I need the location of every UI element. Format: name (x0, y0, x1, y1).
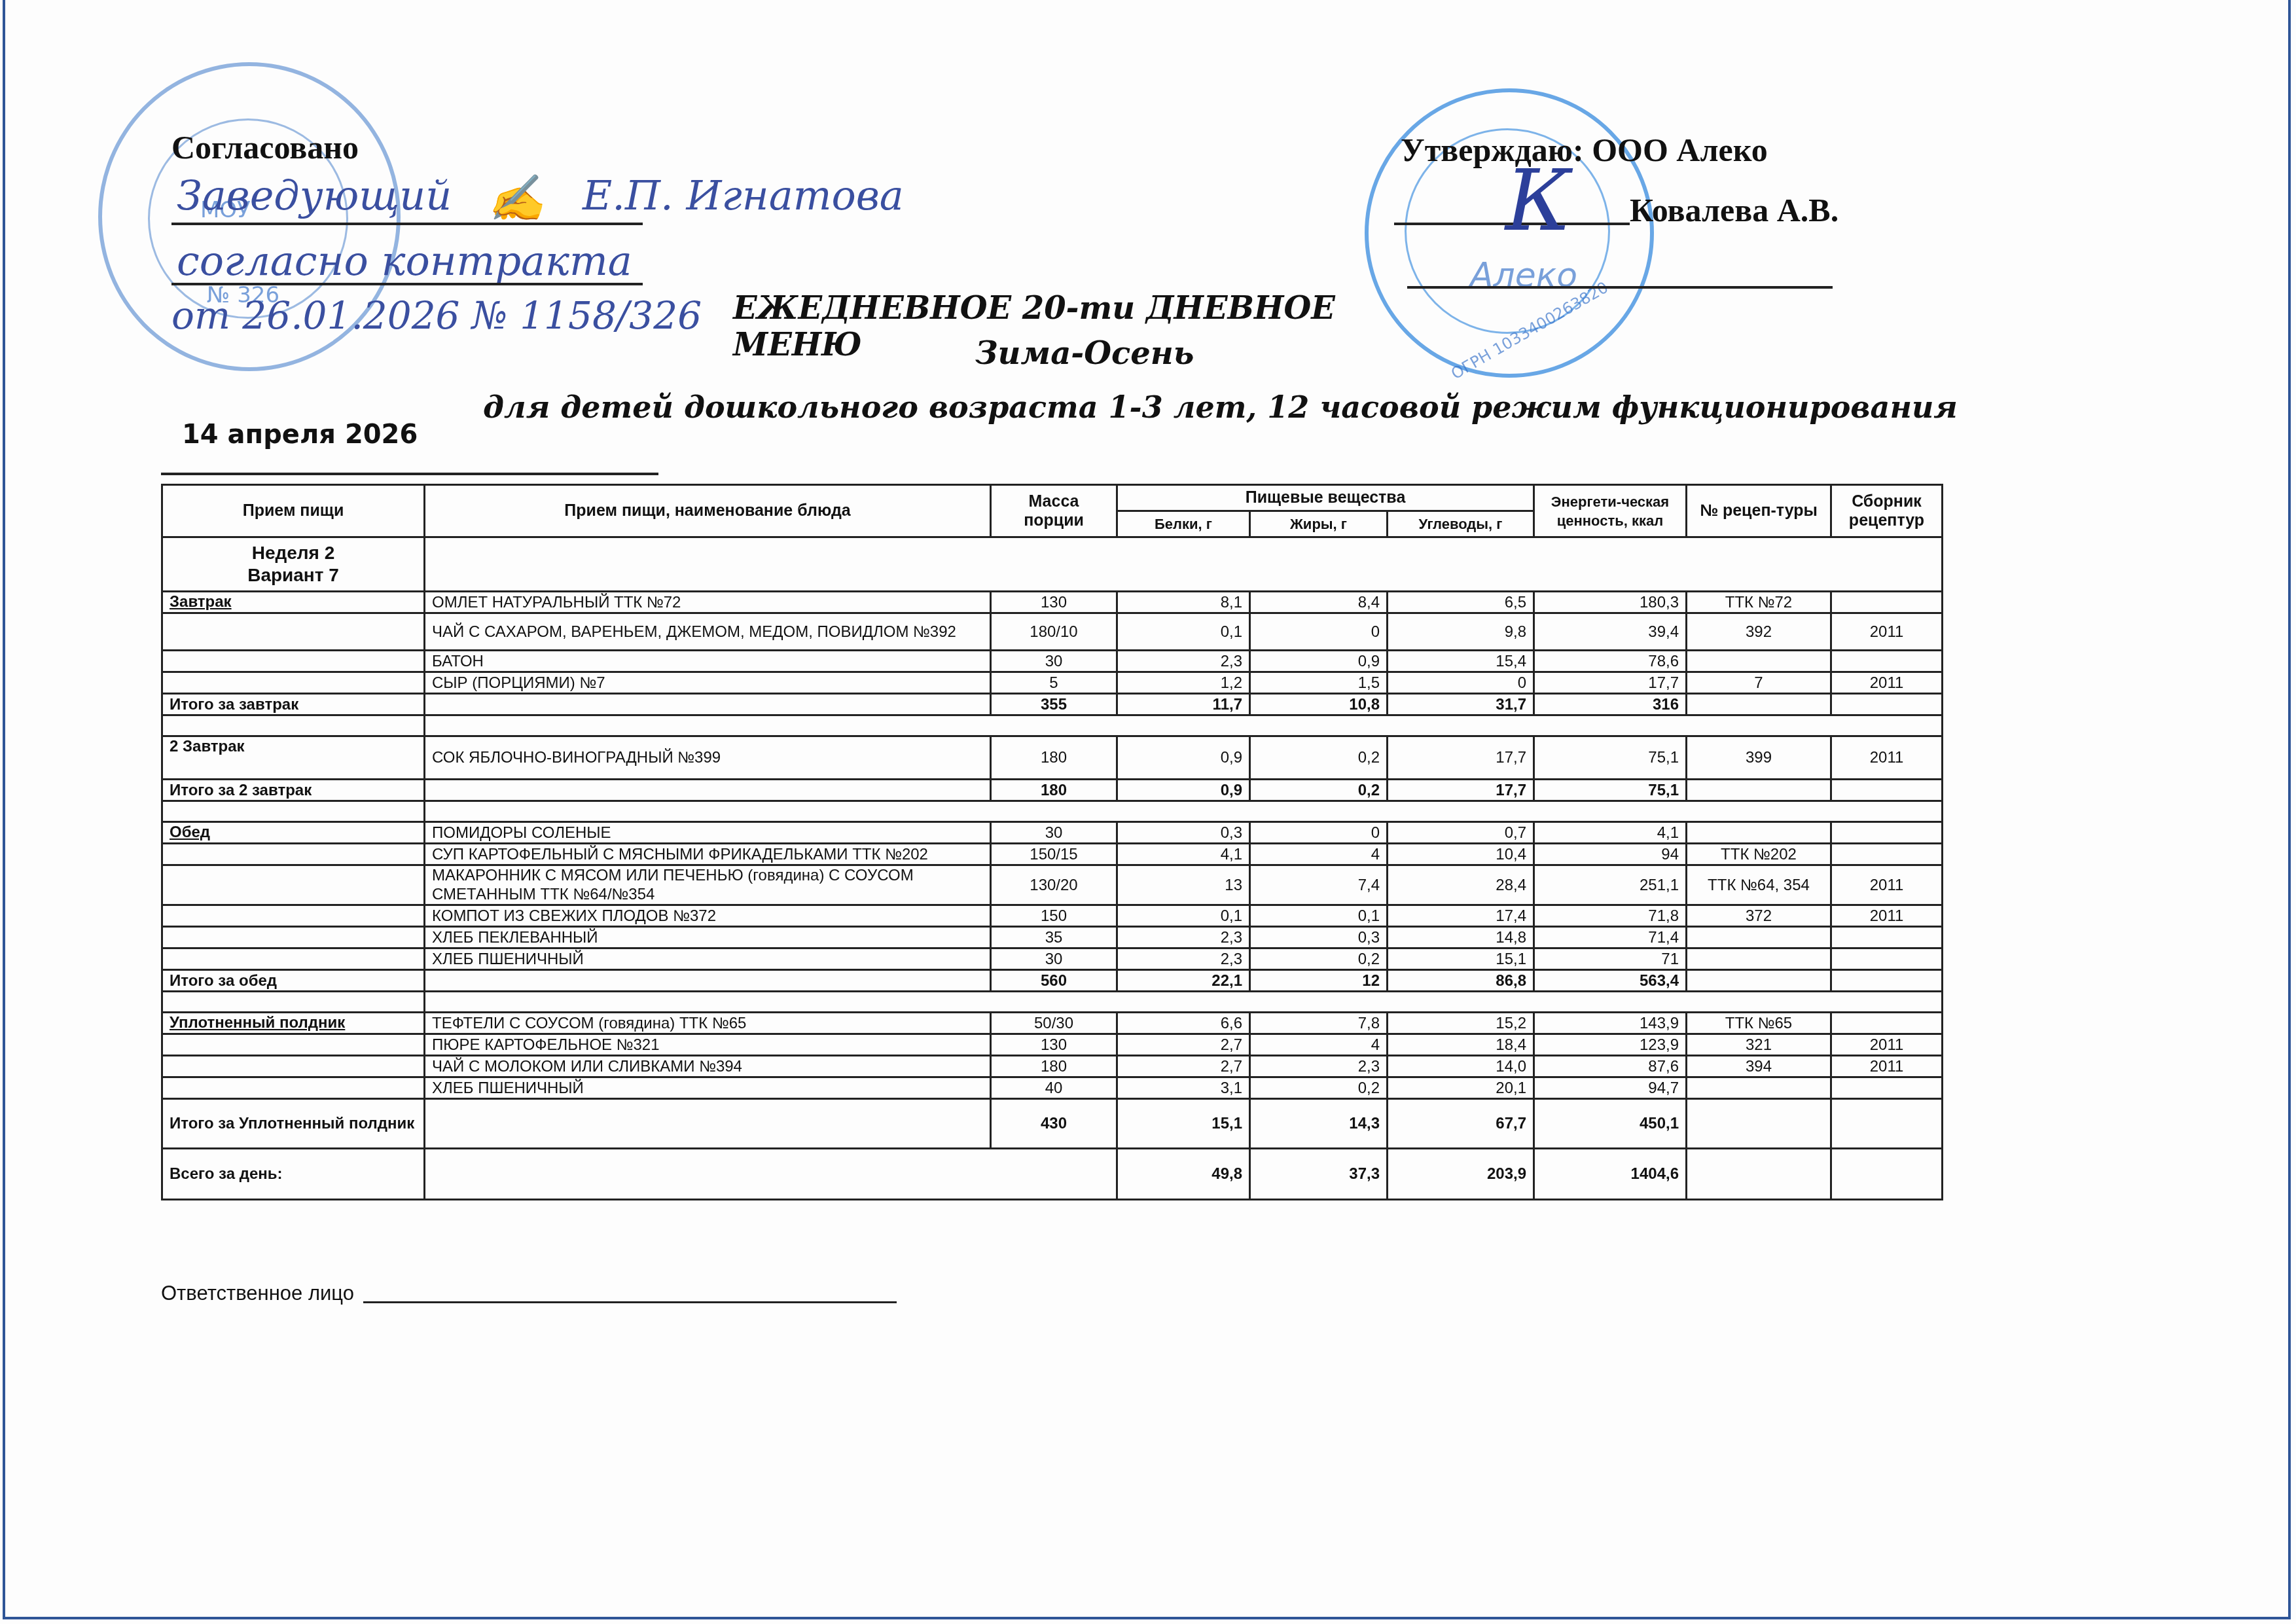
fat-value: 0 (1250, 822, 1388, 844)
dish-row: ОбедПОМИДОРЫ СОЛЕНЫЕ300,300,74,1 (162, 822, 1943, 844)
recipe-collection (1831, 1013, 1943, 1034)
dish-name: ХЛЕБ ПШЕНИЧНЫЙ (425, 1077, 991, 1099)
signature-mark: ✍ (488, 171, 545, 226)
carbs-value: 31,7 (1388, 694, 1534, 715)
dish-row: СУП КАРТОФЕЛЬНЫЙ С МЯСНЫМИ ФРИКАДЕЛЬКАМИ… (162, 844, 1943, 865)
approver-signature: К (1505, 151, 1571, 250)
fat-value: 0,3 (1250, 927, 1388, 948)
fat-value: 4 (1250, 844, 1388, 865)
portion-mass: 150/15 (991, 844, 1117, 865)
recipe-number (1687, 970, 1831, 992)
fat-value: 1,5 (1250, 672, 1388, 694)
dish-row: ЗавтракОМЛЕТ НАТУРАЛЬНЫЙ ТТК №721308,18,… (162, 592, 1943, 613)
meal-cell: Завтрак (162, 592, 425, 613)
carbs-value: 6,5 (1388, 592, 1534, 613)
recipe-collection (1831, 822, 1943, 844)
portion-mass: 180 (991, 780, 1117, 801)
dish-name: СУП КАРТОФЕЛЬНЫЙ С МЯСНЫМИ ФРИКАДЕЛЬКАМИ… (425, 844, 991, 865)
fat-value: 0,2 (1250, 736, 1388, 780)
portion-mass: 130 (991, 592, 1117, 613)
day-total-label: Всего за день: (162, 1149, 425, 1200)
carbs-value: 67,7 (1388, 1099, 1534, 1149)
recipe-collection: 2011 (1831, 905, 1943, 927)
portion-mass: 30 (991, 822, 1117, 844)
portion-mass: 560 (991, 970, 1117, 992)
protein-value: 0,3 (1117, 822, 1250, 844)
portion-mass: 180 (991, 1056, 1117, 1077)
recipe-number: ТТК №72 (1687, 592, 1831, 613)
energy-value: 75,1 (1534, 736, 1687, 780)
week-label: Неделя 2 (170, 542, 417, 564)
dish-row: СЫР (ПОРЦИЯМИ) №751,21,5017,772011 (162, 672, 1943, 694)
energy-value: 316 (1534, 694, 1687, 715)
dish-name: БАТОН (425, 651, 991, 672)
recipe-collection (1831, 970, 1943, 992)
carbs-value: 9,8 (1388, 613, 1534, 651)
dish-row: ХЛЕБ ПШЕНИЧНЫЙ403,10,220,194,7 (162, 1077, 1943, 1099)
fat-value: 0,2 (1250, 948, 1388, 970)
recipe-number (1687, 1099, 1831, 1149)
recipe-collection: 2011 (1831, 1056, 1943, 1077)
recipe-collection (1831, 1099, 1943, 1149)
portion-mass: 30 (991, 651, 1117, 672)
dish-name (425, 1099, 991, 1149)
protein-value: 0,1 (1117, 613, 1250, 651)
protein-value: 2,3 (1117, 927, 1250, 948)
carbs-value: 18,4 (1388, 1034, 1534, 1056)
day-total-empty (425, 1149, 1117, 1200)
dish-name: МАКАРОННИК С МЯСОМ ИЛИ ПЕЧЕНЬЮ (говядина… (425, 865, 991, 905)
recipe-number: ТТК №64, 354 (1687, 865, 1831, 905)
carbs-value: 14,8 (1388, 927, 1534, 948)
handwritten-contract: согласно контракта (177, 237, 632, 285)
col-energy: Энергети-ческая ценность, ккал (1534, 485, 1687, 537)
energy-value: 180,3 (1534, 592, 1687, 613)
recipe-collection: 2011 (1831, 613, 1943, 651)
meal-cell: Обед (162, 822, 425, 844)
protein-value: 11,7 (1117, 694, 1250, 715)
fat-value: 0,2 (1250, 1077, 1388, 1099)
spacer-cell (425, 992, 1943, 1013)
variant-label: Вариант 7 (170, 564, 417, 586)
meal-cell: 2 Завтрак (162, 736, 425, 780)
carbs-value: 17,7 (1388, 736, 1534, 780)
col-nutrients: Пищевые вещества (1117, 485, 1534, 511)
protein-value: 13 (1117, 865, 1250, 905)
day-total-collection (1831, 1149, 1943, 1200)
meal-cell: Уплотненный полдник (162, 1013, 425, 1034)
energy-value: 450,1 (1534, 1099, 1687, 1149)
dish-row: ХЛЕБ ПШЕНИЧНЫЙ302,30,215,171 (162, 948, 1943, 970)
recipe-collection (1831, 927, 1943, 948)
spacer-cell (425, 801, 1943, 822)
meal-cell (162, 1034, 425, 1056)
meal-cell (162, 948, 425, 970)
portion-mass: 130 (991, 1034, 1117, 1056)
dish-name: СОК ЯБЛОЧНО-ВИНОГРАДНЫЙ №399 (425, 736, 991, 780)
portion-mass: 35 (991, 927, 1117, 948)
dish-row: Уплотненный полдникТЕФТЕЛИ С СОУСОМ (гов… (162, 1013, 1943, 1034)
recipe-number (1687, 948, 1831, 970)
fat-value: 14,3 (1250, 1099, 1388, 1149)
recipe-number: ТТК №65 (1687, 1013, 1831, 1034)
spacer-row (162, 992, 1943, 1013)
menu-body: Неделя 2 Вариант 7 ЗавтракОМЛЕТ НАТУРАЛЬ… (162, 537, 1943, 1200)
energy-value: 123,9 (1534, 1034, 1687, 1056)
dish-row: КОМПОТ ИЗ СВЕЖИХ ПЛОДОВ №3721500,10,117,… (162, 905, 1943, 927)
dish-name: СЫР (ПОРЦИЯМИ) №7 (425, 672, 991, 694)
recipe-number (1687, 822, 1831, 844)
protein-value: 1,2 (1117, 672, 1250, 694)
recipe-collection (1831, 780, 1943, 801)
day-total-row: Всего за день:49,837,3203,91404,6 (162, 1149, 1943, 1200)
col-meal: Прием пищи (162, 485, 425, 537)
dish-row: ХЛЕБ ПЕКЛЕВАННЫЙ352,30,314,871,4 (162, 927, 1943, 948)
meal-cell: Итого за Уплотненный полдник (162, 1099, 425, 1149)
dish-name: ПОМИДОРЫ СОЛЕНЫЕ (425, 822, 991, 844)
spacer-row (162, 801, 1943, 822)
protein-value: 0,9 (1117, 736, 1250, 780)
protein-value: 3,1 (1117, 1077, 1250, 1099)
carbs-value: 15,1 (1388, 948, 1534, 970)
dish-name: ОМЛЕТ НАТУРАЛЬНЫЙ ТТК №72 (425, 592, 991, 613)
portion-mass: 50/30 (991, 1013, 1117, 1034)
day-total-protein: 49,8 (1117, 1149, 1250, 1200)
carbs-value: 17,4 (1388, 905, 1534, 927)
menu-date: 14 апреля 2026 (182, 420, 418, 450)
carbs-value: 0 (1388, 672, 1534, 694)
energy-value: 563,4 (1534, 970, 1687, 992)
carbs-value: 86,8 (1388, 970, 1534, 992)
energy-value: 75,1 (1534, 780, 1687, 801)
portion-mass: 30 (991, 948, 1117, 970)
dish-name: ЧАЙ С САХАРОМ, ВАРЕНЬЕМ, ДЖЕМОМ, МЕДОМ, … (425, 613, 991, 651)
approval-right-title: Утверждаю: ООО Алеко (1401, 131, 1768, 169)
protein-value: 8,1 (1117, 592, 1250, 613)
spacer-row (162, 715, 1943, 736)
energy-value: 94 (1534, 844, 1687, 865)
recipe-number (1687, 1077, 1831, 1099)
energy-value: 39,4 (1534, 613, 1687, 651)
recipe-number: ТТК №202 (1687, 844, 1831, 865)
energy-value: 94,7 (1534, 1077, 1687, 1099)
dish-name: ПЮРЕ КАРТОФЕЛЬНОЕ №321 (425, 1034, 991, 1056)
season-label: Зима-Осень (975, 335, 1194, 372)
recipe-number: 321 (1687, 1034, 1831, 1056)
subtotal-row: Итого за завтрак35511,710,831,7316 (162, 694, 1943, 715)
meal-cell (162, 613, 425, 651)
responsible-person-line (363, 1301, 897, 1303)
energy-value: 87,6 (1534, 1056, 1687, 1077)
protein-value: 2,7 (1117, 1034, 1250, 1056)
handwritten-position: Заведующий (177, 171, 452, 219)
protein-value: 0,1 (1117, 905, 1250, 927)
recipe-number: 7 (1687, 672, 1831, 694)
menu-subtitle: для детей дошкольного возраста 1-3 лет, … (483, 389, 1958, 425)
fat-value: 0,2 (1250, 780, 1388, 801)
portion-mass: 5 (991, 672, 1117, 694)
col-collection: Сборник рецептур (1831, 485, 1943, 537)
energy-value: 71,8 (1534, 905, 1687, 927)
portion-mass: 180/10 (991, 613, 1117, 651)
day-total-carbs: 203,9 (1388, 1149, 1534, 1200)
carbs-value: 20,1 (1388, 1077, 1534, 1099)
fat-value: 2,3 (1250, 1056, 1388, 1077)
fat-value: 4 (1250, 1034, 1388, 1056)
handwritten-date: от 26.01.2026 № 1158/326 (171, 293, 702, 338)
energy-value: 251,1 (1534, 865, 1687, 905)
date-underline (161, 473, 658, 475)
subtotal-row: Итого за обед56022,11286,8563,4 (162, 970, 1943, 992)
recipe-number (1687, 694, 1831, 715)
recipe-collection (1831, 694, 1943, 715)
recipe-collection (1831, 948, 1943, 970)
meal-cell (162, 844, 425, 865)
recipe-number (1687, 780, 1831, 801)
dish-row: МАКАРОННИК С МЯСОМ ИЛИ ПЕЧЕНЬЮ (говядина… (162, 865, 1943, 905)
dish-name: ХЛЕБ ПЕКЛЕВАННЫЙ (425, 927, 991, 948)
carbs-value: 17,7 (1388, 780, 1534, 801)
energy-value: 78,6 (1534, 651, 1687, 672)
dish-name: ТЕФТЕЛИ С СОУСОМ (говядина) ТТК №65 (425, 1013, 991, 1034)
fat-value: 0,9 (1250, 651, 1388, 672)
dish-name (425, 694, 991, 715)
dish-row: 2 ЗавтракСОК ЯБЛОЧНО-ВИНОГРАДНЫЙ №399180… (162, 736, 1943, 780)
meal-cell (162, 865, 425, 905)
menu-table: Прием пищи Прием пищи, наименование блюд… (161, 484, 1943, 1200)
recipe-number (1687, 927, 1831, 948)
fat-value: 10,8 (1250, 694, 1388, 715)
col-mass: Масса порции (991, 485, 1117, 537)
recipe-collection (1831, 844, 1943, 865)
fat-value: 8,4 (1250, 592, 1388, 613)
protein-value: 6,6 (1117, 1013, 1250, 1034)
meal-cell (162, 1056, 425, 1077)
meal-cell (162, 651, 425, 672)
subtotal-row: Итого за 2 завтрак1800,90,217,775,1 (162, 780, 1943, 801)
spacer-cell (162, 801, 425, 822)
dish-name (425, 780, 991, 801)
dish-name: ЧАЙ С МОЛОКОМ ИЛИ СЛИВКАМИ №394 (425, 1056, 991, 1077)
protein-value: 2,3 (1117, 948, 1250, 970)
carbs-value: 0,7 (1388, 822, 1534, 844)
responsible-person-label: Ответственное лицо (161, 1282, 354, 1305)
recipe-collection (1831, 651, 1943, 672)
spacer-cell (425, 715, 1943, 736)
dish-name (425, 970, 991, 992)
fat-value: 0 (1250, 613, 1388, 651)
dish-name: КОМПОТ ИЗ СВЕЖИХ ПЛОДОВ №372 (425, 905, 991, 927)
fat-value: 7,8 (1250, 1013, 1388, 1034)
protein-value: 4,1 (1117, 844, 1250, 865)
meal-cell: Итого за обед (162, 970, 425, 992)
fat-value: 7,4 (1250, 865, 1388, 905)
col-dish: Прием пищи, наименование блюда (425, 485, 991, 537)
day-total-recipe (1687, 1149, 1831, 1200)
energy-value: 17,7 (1534, 672, 1687, 694)
recipe-number: 394 (1687, 1056, 1831, 1077)
carbs-value: 15,2 (1388, 1013, 1534, 1034)
recipe-collection: 2011 (1831, 1034, 1943, 1056)
recipe-number: 399 (1687, 736, 1831, 780)
protein-value: 2,7 (1117, 1056, 1250, 1077)
day-total-fat: 37,3 (1250, 1149, 1388, 1200)
week-row-empty (425, 537, 1943, 592)
dish-name: ХЛЕБ ПШЕНИЧНЫЙ (425, 948, 991, 970)
recipe-number: 392 (1687, 613, 1831, 651)
carbs-value: 10,4 (1388, 844, 1534, 865)
recipe-collection (1831, 592, 1943, 613)
approver-date-line (1407, 286, 1833, 289)
protein-value: 15,1 (1117, 1099, 1250, 1149)
dish-row: ЧАЙ С САХАРОМ, ВАРЕНЬЕМ, ДЖЕМОМ, МЕДОМ, … (162, 613, 1943, 651)
meal-cell: Итого за 2 завтрак (162, 780, 425, 801)
fat-value: 0,1 (1250, 905, 1388, 927)
recipe-number (1687, 651, 1831, 672)
portion-mass: 130/20 (991, 865, 1117, 905)
col-protein: Белки, г (1117, 511, 1250, 537)
approval-left-title: Согласовано (171, 128, 359, 166)
carbs-value: 28,4 (1388, 865, 1534, 905)
energy-value: 143,9 (1534, 1013, 1687, 1034)
carbs-value: 15,4 (1388, 651, 1534, 672)
meal-cell (162, 927, 425, 948)
portion-mass: 430 (991, 1099, 1117, 1149)
portion-mass: 355 (991, 694, 1117, 715)
fat-value: 12 (1250, 970, 1388, 992)
week-row: Неделя 2 Вариант 7 (162, 537, 1943, 592)
protein-value: 22,1 (1117, 970, 1250, 992)
signature-line (171, 223, 643, 225)
col-carbs: Углеводы, г (1388, 511, 1534, 537)
meal-cell (162, 1077, 425, 1099)
day-total-energy: 1404,6 (1534, 1149, 1687, 1200)
energy-value: 71,4 (1534, 927, 1687, 948)
col-fat: Жиры, г (1250, 511, 1388, 537)
recipe-collection: 2011 (1831, 672, 1943, 694)
dish-row: БАТОН302,30,915,478,6 (162, 651, 1943, 672)
contract-line (171, 283, 643, 285)
spacer-cell (162, 715, 425, 736)
energy-value: 4,1 (1534, 822, 1687, 844)
portion-mass: 180 (991, 736, 1117, 780)
stamp-center: Алеко (1470, 256, 1577, 295)
protein-value: 2,3 (1117, 651, 1250, 672)
energy-value: 71 (1534, 948, 1687, 970)
carbs-value: 14,0 (1388, 1056, 1534, 1077)
recipe-collection (1831, 1077, 1943, 1099)
dish-row: ЧАЙ С МОЛОКОМ ИЛИ СЛИВКАМИ №3941802,72,3… (162, 1056, 1943, 1077)
handwritten-name: Е.П. Игнатова (583, 171, 904, 219)
meal-cell: Итого за завтрак (162, 694, 425, 715)
protein-value: 0,9 (1117, 780, 1250, 801)
week-variant-cell: Неделя 2 Вариант 7 (162, 537, 425, 592)
recipe-collection: 2011 (1831, 736, 1943, 780)
meal-cell (162, 672, 425, 694)
col-recipe: № рецеп-туры (1687, 485, 1831, 537)
approver-name: Ковалева А.В. (1630, 191, 1839, 229)
dish-row: ПЮРЕ КАРТОФЕЛЬНОЕ №3211302,7418,4123,932… (162, 1034, 1943, 1056)
recipe-number: 372 (1687, 905, 1831, 927)
portion-mass: 40 (991, 1077, 1117, 1099)
portion-mass: 150 (991, 905, 1117, 927)
recipe-collection: 2011 (1831, 865, 1943, 905)
meal-cell (162, 905, 425, 927)
spacer-cell (162, 992, 425, 1013)
subtotal-row: Итого за Уплотненный полдник43015,114,36… (162, 1099, 1943, 1149)
